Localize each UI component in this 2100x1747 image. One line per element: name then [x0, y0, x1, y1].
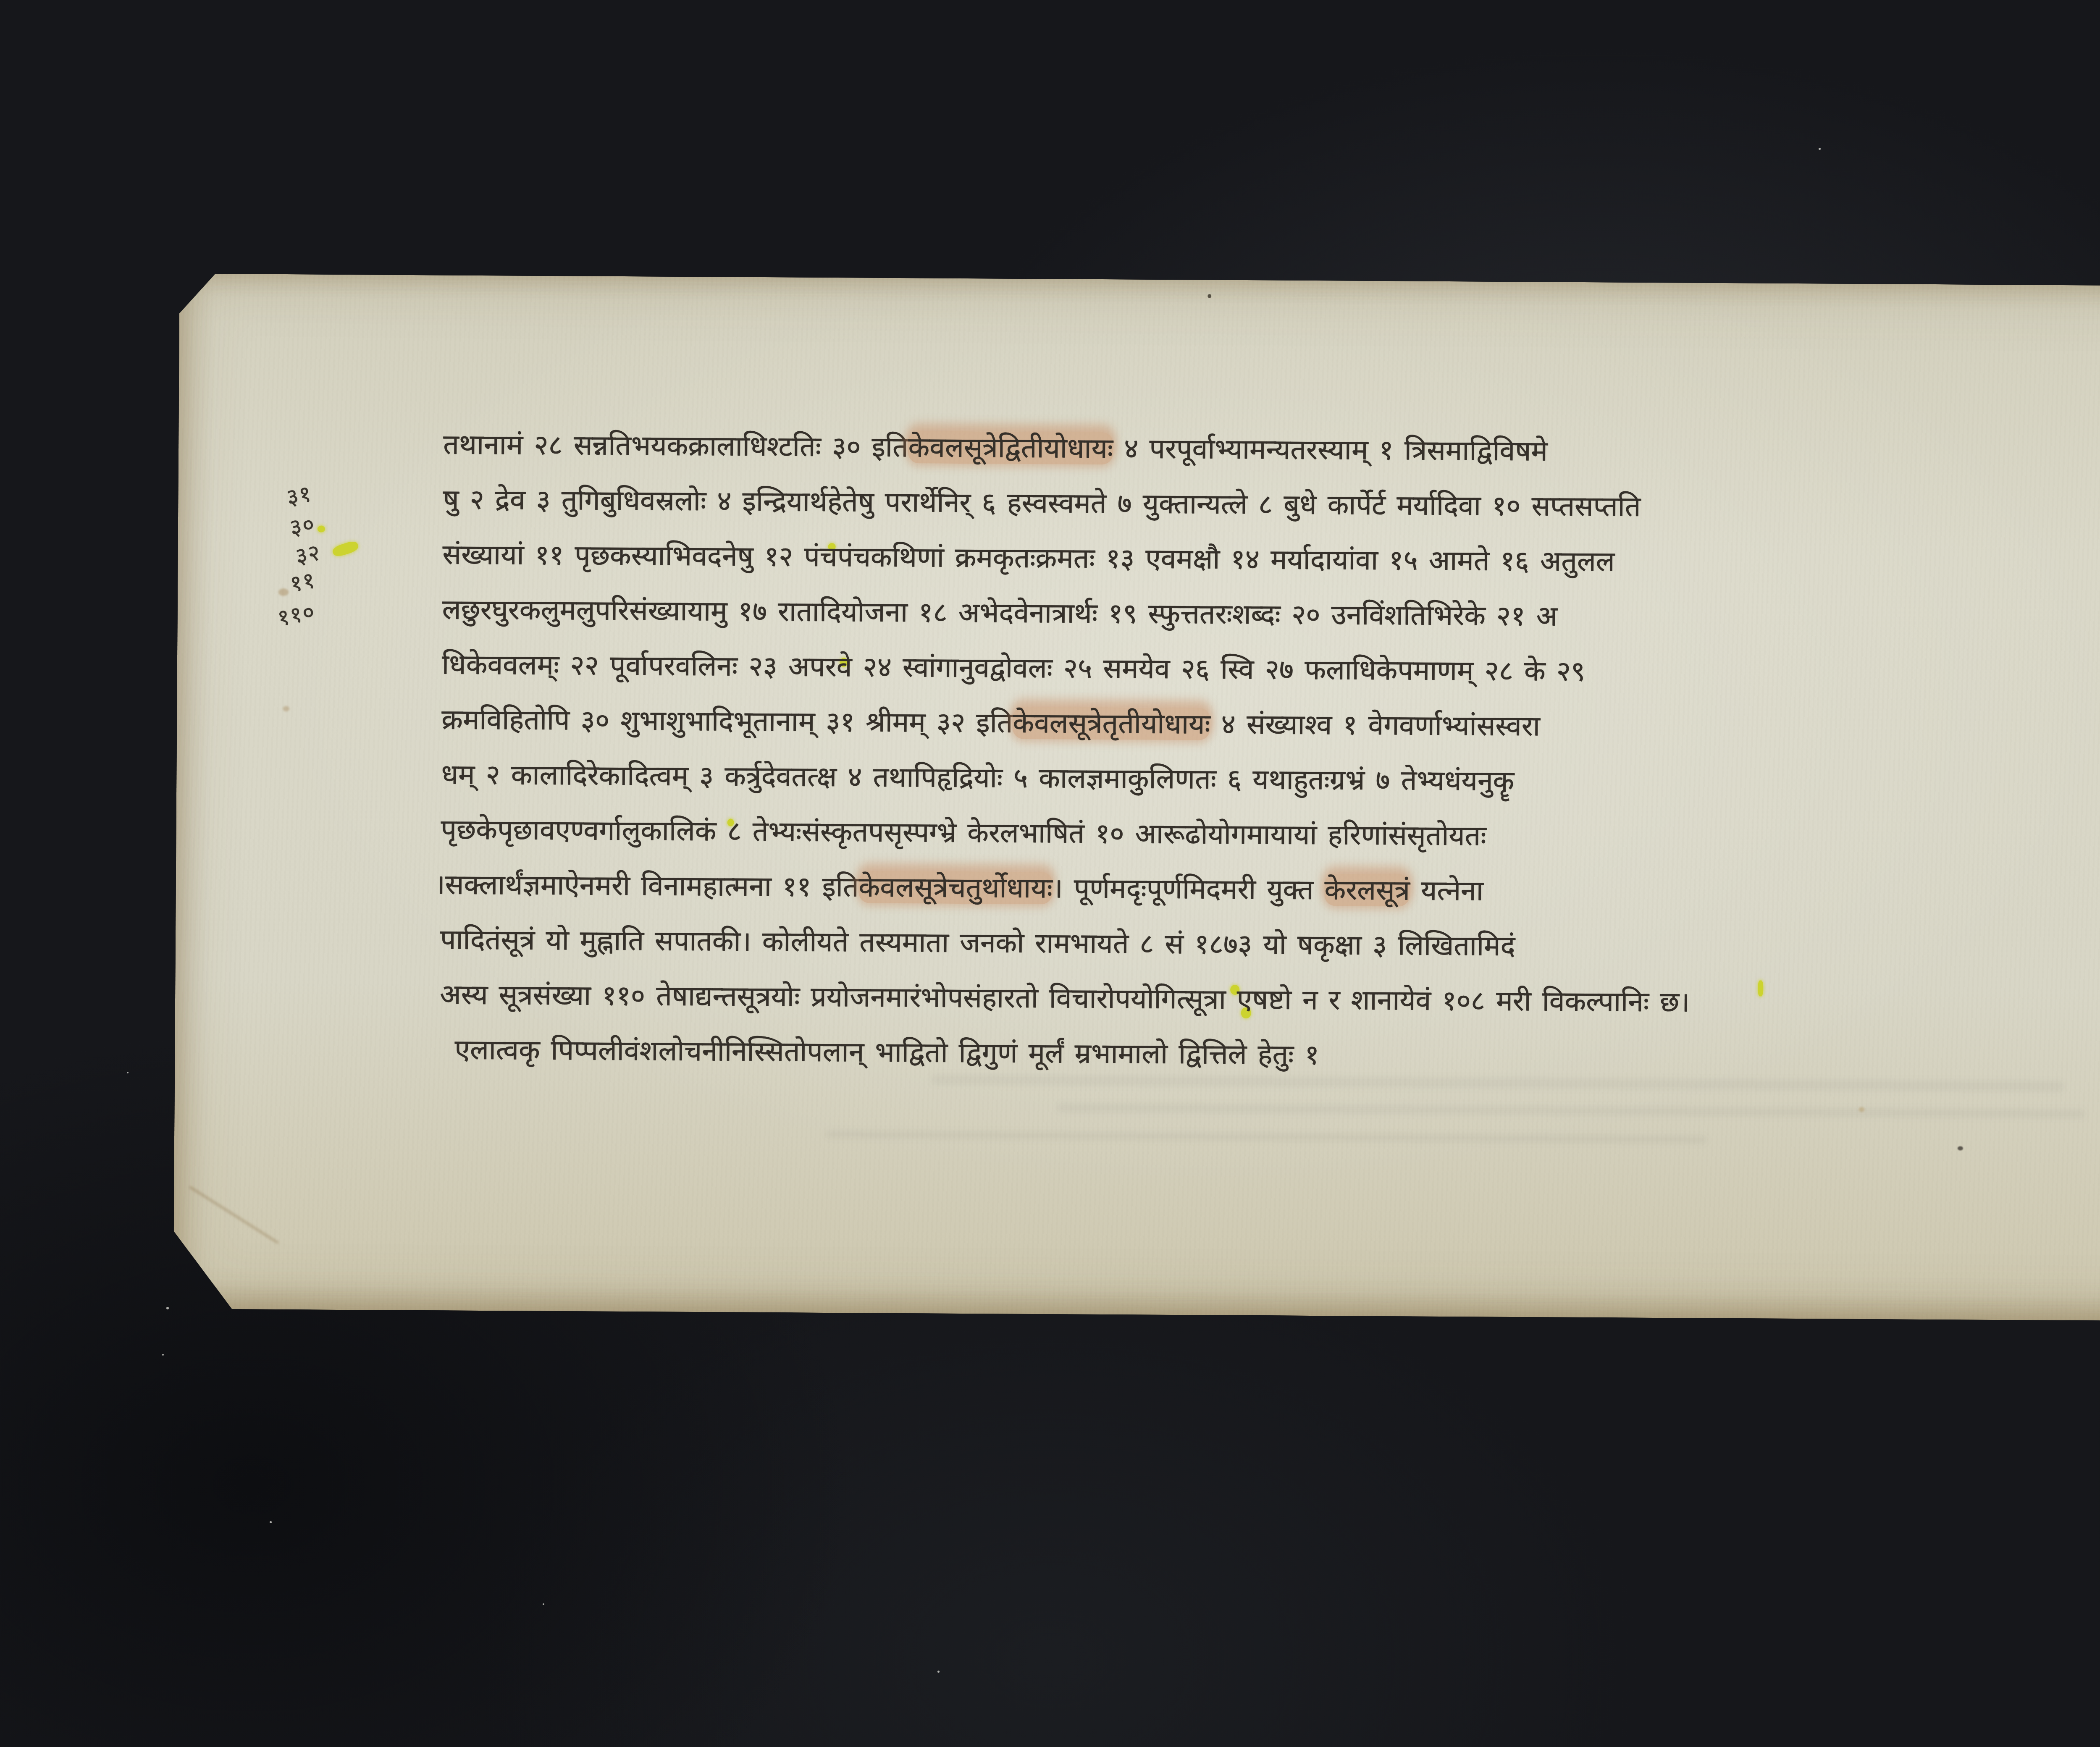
manuscript-leaf: ३१ ३० ३२ ११ ११० तथानामं २८ सन्नतिभयकक्रा… — [173, 274, 2100, 1323]
dust-speck — [270, 1521, 272, 1523]
corner-crease — [189, 1186, 279, 1244]
ink-speck — [1207, 294, 1211, 298]
chapter-colophon-highlight: केवलसूत्रेद्वितीयोधायः — [908, 431, 1113, 464]
text-line-2: षु २ द्रेव ३ तुगिबुधिवस्रलोः ४ इन्द्रिया… — [443, 472, 1641, 534]
chapter-colophon-highlight: केवलसूत्रेचतुर्थोधायः — [858, 871, 1053, 904]
verso-show-through — [825, 1130, 1707, 1144]
text-line-7: धम् २ कालादिरेकादित्वम् ३ कर्त्रुदेवतत्क… — [441, 747, 1515, 808]
dust-speck — [127, 1072, 129, 1073]
margin-numeral: ११० — [276, 600, 317, 630]
text-line-9: ।सक्लार्थंज्ञमाऐनमरी विनामहात्मना ११ इति… — [434, 857, 1483, 918]
text-line-11: अस्य सूत्रसंख्या ११० तेषाद्यन्तसूत्रयोः … — [440, 967, 1690, 1029]
fox-spot — [283, 706, 289, 711]
text-line-8: पृछकेपृछावएण्वर्गालुकालिकं ८ तेभ्यःसंस्क… — [441, 802, 1486, 863]
margin-numeral: ३२ — [294, 541, 323, 568]
text-line-6: क्रमविहितोपि ३० शुभाशुभादिभूतानाम् ३१ श्… — [441, 692, 1540, 753]
yellow-pigment-mark — [318, 526, 325, 532]
text-line-12: एलात्वकृ पिप्पलीवंशलोचनीनिस्सितोपलान् भा… — [454, 1022, 1319, 1083]
text-line-10: पादितंसूत्रं यो मुह्नाति सपातकी। कोलीयते… — [440, 912, 1515, 973]
margin-numerals-column: ३१ ३० ३२ ११ ११० — [278, 484, 350, 485]
ink-speck — [1958, 1146, 1963, 1150]
text-line-4: लछुरघुरकलुमलुपरिसंख्यायामु १७ रातादियोजन… — [442, 582, 1557, 643]
text-line-3: संख्यायां ११ पृछकस्याभिवदनेषु १२ पंचपंचक… — [442, 527, 1615, 589]
margin-numeral: ११ — [288, 569, 318, 596]
fox-spot — [278, 588, 289, 596]
yellow-pigment-mark — [331, 540, 360, 558]
dust-speck — [937, 1671, 940, 1673]
margin-numeral: ३१ — [285, 482, 314, 509]
chapter-colophon-highlight: केवलसूत्रेतृतीयोधायः — [1013, 707, 1210, 740]
dust-speck — [543, 1603, 544, 1605]
text-line-1: तथानामं २८ सन्नतिभयकक्रालाधिश्टतिः ३० इत… — [443, 417, 1548, 478]
photograph-backdrop: { "colors": { "background": "#17181c", "… — [0, 0, 2100, 1747]
text-line-5: धिकेववलम्ः २२ पूर्वापरवलिनः २३ अपरवे २४ … — [442, 637, 1585, 699]
margin-numeral: ३० — [288, 512, 317, 540]
chapter-colophon-highlight: केरलसूत्रं — [1324, 873, 1410, 906]
dust-speck — [166, 1307, 169, 1309]
devanagari-text-block: तथानामं २८ सन्नतिभयकक्रालाधिश्टतिः ३० इत… — [439, 417, 2100, 1120]
dust-speck — [162, 1354, 164, 1356]
dust-speck — [1819, 148, 1821, 150]
